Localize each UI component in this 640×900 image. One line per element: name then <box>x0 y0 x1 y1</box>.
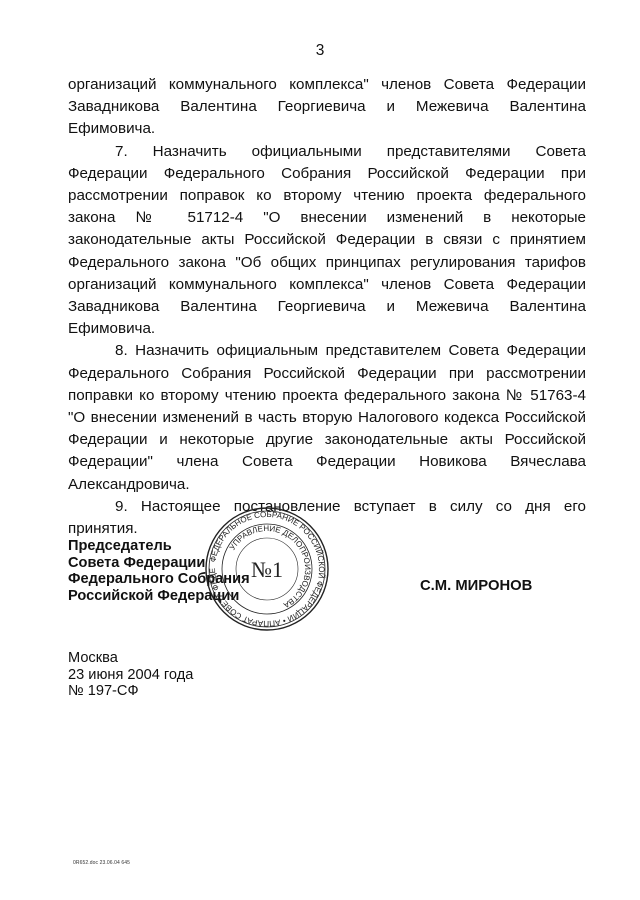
official-stamp: ФЕДЕРАЛЬНОЕ СОБРАНИЕ РОССИЙСКОЙ ФЕДЕРАЦИ… <box>204 506 330 632</box>
stamp-center-number: №1 <box>251 557 283 582</box>
footer-file-code: 0R652.doc 23.06.04 645 <box>73 860 130 866</box>
paragraph-continuation: организаций коммунального комплекса" чле… <box>68 74 586 141</box>
paragraph-item-7: 7. Назначить официальными представителям… <box>68 141 586 341</box>
paragraph-item-8: 8. Назначить официальным представителем … <box>68 340 586 495</box>
document-number: № 197-СФ <box>68 683 193 700</box>
document-body: организаций коммунального комплекса" чле… <box>68 74 586 540</box>
date: 23 июня 2004 года <box>68 667 193 684</box>
city: Москва <box>68 650 193 667</box>
signer-name: С.М. МИРОНОВ <box>420 578 532 594</box>
page-number: 3 <box>0 42 640 60</box>
place-date-block: Москва 23 июня 2004 года № 197-СФ <box>68 650 193 700</box>
